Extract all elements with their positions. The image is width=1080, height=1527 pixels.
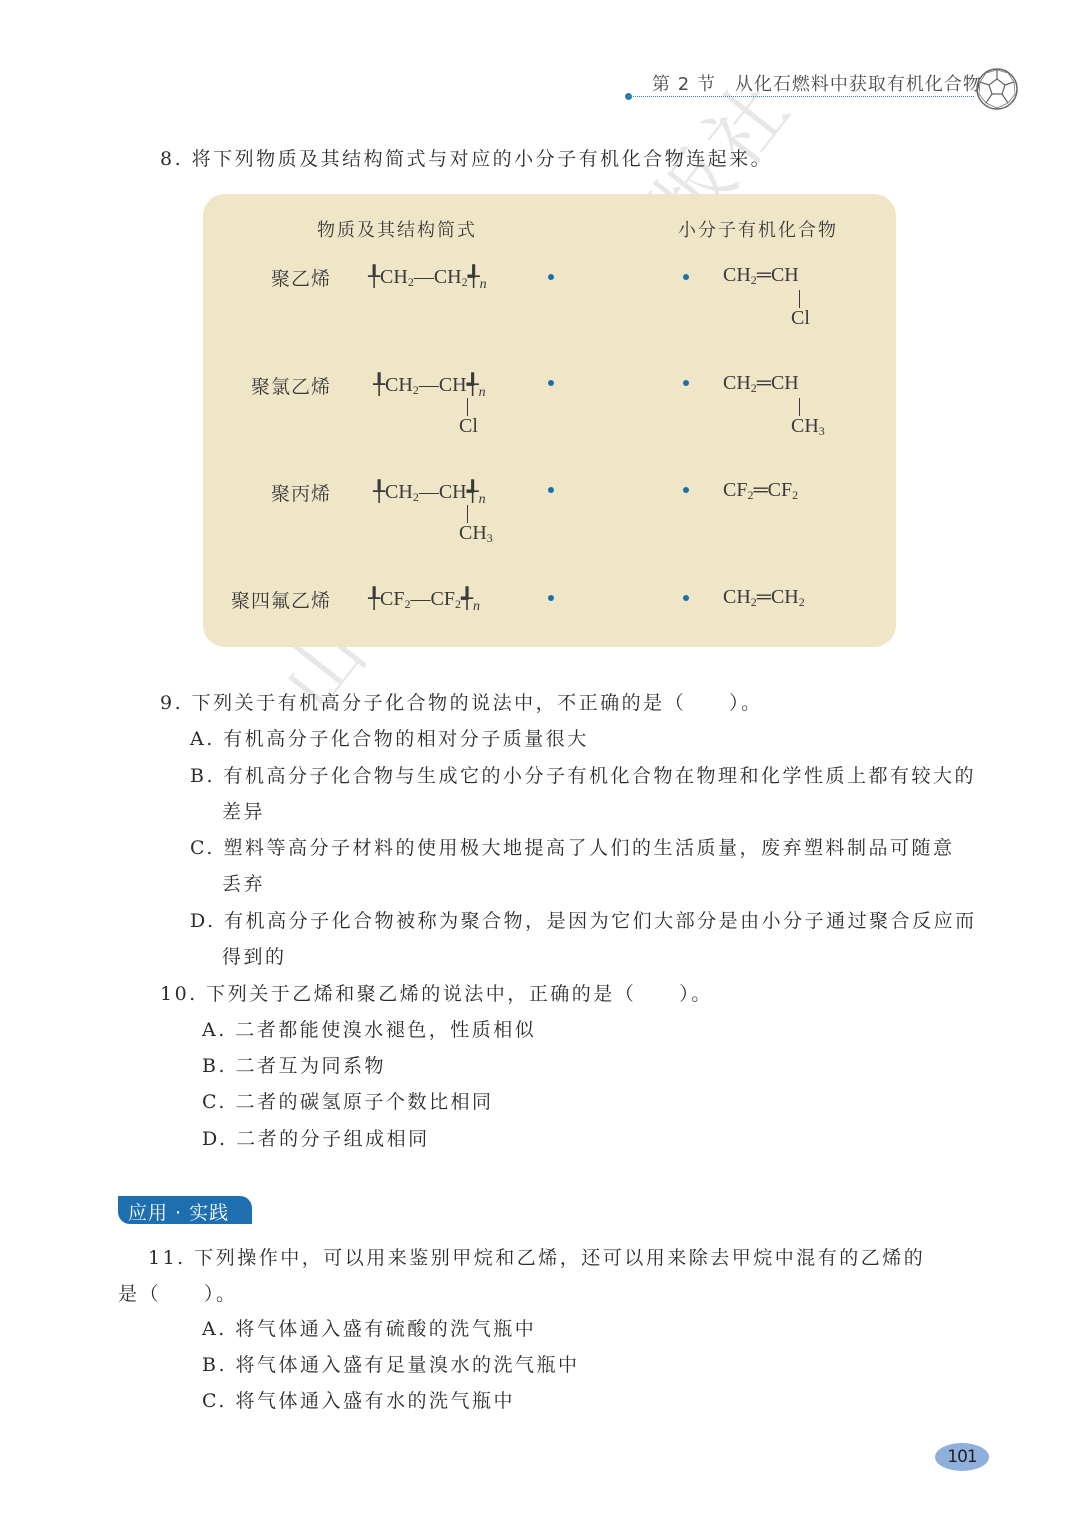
match-point-right[interactable]	[683, 380, 689, 386]
option-c-cont: 丢弃	[222, 869, 265, 896]
option-d: D. 有机高分子化合物被称为聚合物，是因为它们大部分是由小分子通过聚合反应而	[190, 906, 977, 933]
right-column-header: 小分子有机化合物	[678, 216, 838, 242]
match-point-right[interactable]	[683, 274, 689, 280]
monomer-formula: CH2═CH2	[723, 586, 805, 610]
match-point-right[interactable]	[683, 487, 689, 493]
match-point-right[interactable]	[683, 595, 689, 601]
polymer-branch: Cl	[459, 415, 478, 438]
match-point-left[interactable]	[548, 487, 554, 493]
fullerene-ball-icon	[975, 67, 1019, 111]
option-a: A. 二者都能使溴水褪色，性质相似	[202, 1015, 536, 1042]
left-column-header: 物质及其结构简式	[317, 216, 477, 242]
monomer-branch: CH3	[791, 415, 825, 439]
polymer-formula: ╀CF2—CF2╃n	[368, 586, 480, 615]
polymer-formula: ╀CH2—CH╃n	[373, 372, 486, 401]
option-d: D. 二者的分子组成相同	[202, 1124, 430, 1151]
option-c: C. 塑料等高分子材料的使用极大地提高了人们的生活质量，废弃塑料制品可随意	[190, 833, 954, 860]
section-title: 第 2 节 从化石燃料中获取有机化合物	[652, 70, 982, 96]
page-number-badge: 101	[935, 1443, 989, 1471]
monomer-formula: CF2═CF2	[723, 479, 798, 503]
option-a: A. 将气体通入盛有硫酸的洗气瓶中	[202, 1314, 536, 1341]
match-point-left[interactable]	[548, 380, 554, 386]
page-number: 101	[935, 1447, 989, 1467]
bond-line	[799, 290, 800, 308]
polymer-name: 聚氯乙烯	[211, 372, 331, 399]
monomer-branch: Cl	[791, 307, 810, 330]
question-8: 8. 将下列物质及其结构简式与对应的小分子有机化合物连起来。	[160, 144, 772, 171]
bond-line	[799, 398, 800, 416]
question-9: 9. 下列关于有机高分子化合物的说法中，不正确的是（ ）。	[160, 688, 763, 715]
monomer-formula: CH2═CH	[723, 372, 799, 396]
question-11-cont: 是（ ）。	[118, 1279, 238, 1306]
header-divider	[629, 96, 974, 97]
monomer-formula: CH2═CH	[723, 264, 799, 288]
running-header: 第 2 节 从化石燃料中获取有机化合物	[625, 66, 975, 106]
polymer-formula: ╀CH2—CH╃n	[373, 479, 486, 508]
option-c: C. 二者的碳氢原子个数比相同	[202, 1087, 493, 1114]
match-point-left[interactable]	[548, 274, 554, 280]
bond-line	[467, 398, 468, 416]
question-10: 10. 下列关于乙烯和聚乙烯的说法中，正确的是（ ）。	[160, 979, 713, 1006]
section-label: 应用 · 实践	[128, 1198, 229, 1225]
option-b-cont: 差异	[222, 797, 265, 824]
polymer-name: 聚四氟乙烯	[211, 586, 331, 613]
polymer-branch: CH3	[459, 522, 493, 546]
question-11: 11. 下列操作中，可以用来鉴别甲烷和乙烯，还可以用来除去甲烷中混有的乙烯的	[148, 1243, 925, 1270]
section-tag: 应用 · 实践	[118, 1196, 252, 1224]
polymer-formula: ╀CH2—CH2╃n	[368, 264, 487, 293]
match-point-left[interactable]	[548, 595, 554, 601]
option-a: A. 有机高分子化合物的相对分子质量很大	[190, 724, 589, 751]
polymer-name: 聚丙烯	[211, 479, 331, 506]
option-b: B. 有机高分子化合物与生成它的小分子有机化合物在物理和化学性质上都有较大的	[190, 761, 976, 788]
bond-line	[467, 505, 468, 523]
option-b: B. 将气体通入盛有足量溴水的洗气瓶中	[202, 1350, 580, 1377]
polymer-name: 聚乙烯	[211, 264, 331, 291]
option-d-cont: 得到的	[222, 942, 287, 969]
option-c: C. 将气体通入盛有水的洗气瓶中	[202, 1386, 515, 1413]
matching-panel: 物质及其结构简式 小分子有机化合物 聚乙烯 ╀CH2—CH2╃n CH2═CH …	[203, 194, 896, 647]
option-b: B. 二者互为同系物	[202, 1051, 386, 1078]
